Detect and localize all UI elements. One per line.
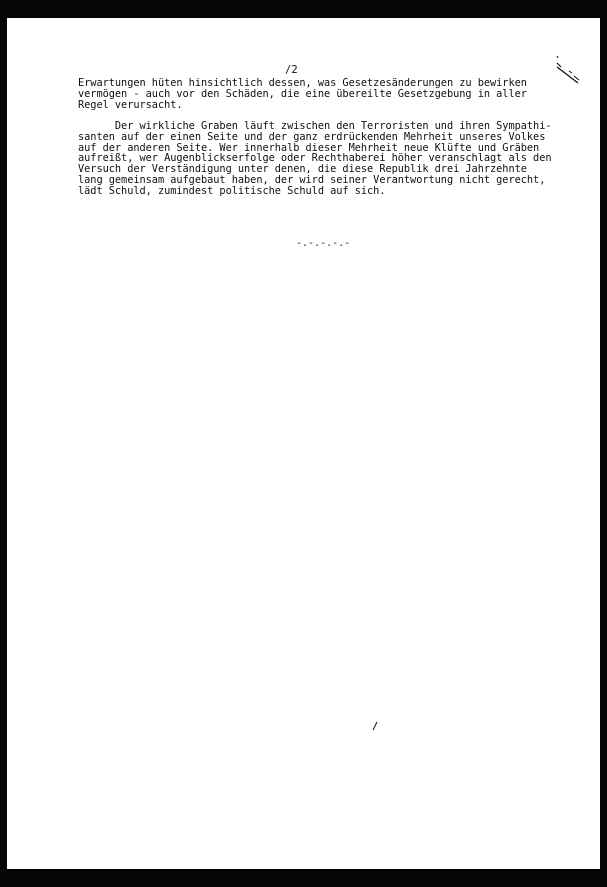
end-of-text-mark: -.-.-.-.- (296, 238, 350, 249)
stray-pen-mark-icon (371, 721, 379, 731)
paragraph-2: Der wirkliche Graben läuft zwischen den … (78, 121, 578, 197)
paragraph-1: Erwartungen hüten hinsichtlich dessen, w… (78, 78, 578, 110)
page-number: /2 (285, 64, 298, 76)
paragraph-line: lädt Schuld, zumindest politische Schuld… (78, 185, 385, 197)
paragraph-line: Regel verursacht. (78, 99, 183, 111)
